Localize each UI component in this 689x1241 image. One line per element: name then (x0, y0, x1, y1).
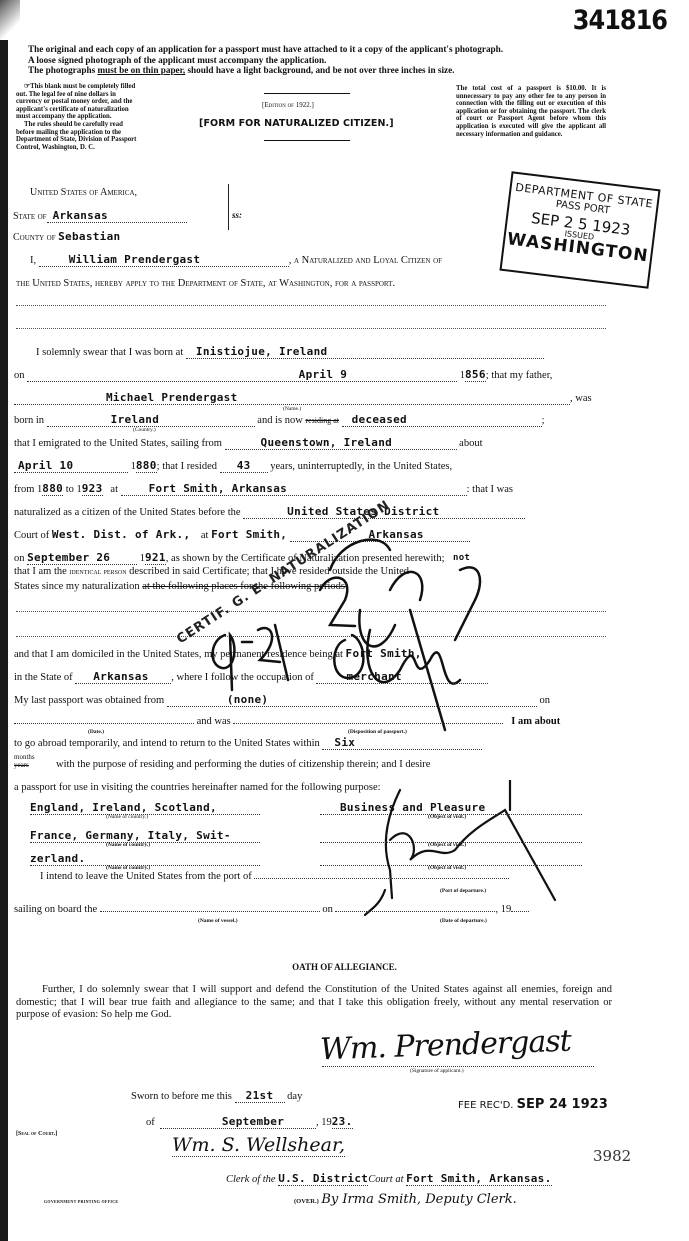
father-name-field[interactable]: Michael Prendergast (14, 391, 570, 405)
on-label: on (14, 553, 25, 564)
naturalization-date-value: September 26 (27, 551, 110, 564)
edition-label: [Edition of 1922.] (262, 101, 314, 109)
oath-body: Further, I do solemnly swear that I will… (16, 984, 612, 1020)
domicile-state-field[interactable]: Arkansas (75, 670, 171, 684)
emigration-port-field[interactable]: Queenstown, Ireland (225, 436, 457, 450)
state-label: State of (13, 211, 47, 222)
and-was-label: and was (197, 716, 231, 727)
birth-date-value: April 9 (299, 368, 347, 381)
leave-label: I intend to leave the United States from… (40, 871, 252, 882)
duration-value: Six (334, 736, 355, 749)
sworn-day-field[interactable]: 21st (235, 1089, 285, 1103)
notice-line-2: A loose signed photograph of the applica… (28, 55, 503, 66)
port-caption: (Port of departure.) (440, 888, 486, 894)
state-field[interactable]: Arkansas (47, 209, 187, 223)
occupation-label: , where I follow the occupation of (171, 672, 314, 683)
oath-title: OATH OF ALLEGIANCE. (0, 962, 689, 972)
months-label: months (14, 753, 35, 761)
months-years-choice: monthsyears (14, 753, 35, 769)
birth-date-field[interactable]: April 9 (27, 368, 457, 382)
state-occupation-line: in the State of Arkansas, where I follow… (14, 670, 488, 684)
sworn-year-value[interactable]: 23. (332, 1115, 353, 1129)
country-value: England, Ireland, Scotland, (30, 801, 217, 814)
sailing-label: sailing on board the (14, 904, 97, 915)
clerk-signature-value: Wm. S. Wellshear, (172, 1134, 345, 1157)
date-caption: (Date.) (88, 729, 104, 735)
object-value: Business and Pleasure (340, 801, 485, 814)
court-state-field[interactable]: Arkansas (290, 528, 470, 542)
signature-caption: (Signature of applicant.) (410, 1068, 464, 1074)
years-value: 43 (237, 459, 251, 472)
scan-corner (0, 0, 20, 40)
birth-label: I solemnly swear that I was born at (36, 347, 183, 358)
applicant-name: William Prendergast (69, 253, 201, 266)
was-label: , was (570, 393, 592, 404)
vessel-field[interactable] (100, 911, 320, 912)
sworn-month-line: of September, 1923. (146, 1115, 353, 1129)
sworn-month-value: September (222, 1115, 284, 1128)
occupation-value: merchant (346, 670, 401, 683)
to-label: to 1 (66, 484, 82, 495)
court-value[interactable]: U.S. District (278, 1172, 368, 1186)
object-field[interactable] (320, 829, 582, 843)
father-name-line: Michael Prendergast, was (14, 391, 592, 405)
domicile-line: and that I am domiciled in the United St… (14, 647, 422, 660)
on-label: on (14, 370, 25, 381)
file-number: 3982 (593, 1147, 631, 1165)
notice-line-1: The original and each copy of an applica… (28, 44, 503, 55)
inserted-not: not (453, 553, 470, 563)
purpose-line: with the purpose of residing and perform… (56, 759, 430, 770)
object-caption: (Object of visit.) (428, 842, 466, 848)
country-caption: (Country.) (133, 427, 156, 433)
court-location-value[interactable]: Fort Smith, Arkansas. (406, 1172, 551, 1186)
father-country-value: Ireland (111, 413, 159, 426)
venue-county: County of Sebastian (13, 230, 120, 243)
form-title: [FORM FOR NATURALIZED CITIZEN.] (199, 118, 394, 129)
passport-use-line: a passport for use in visiting the count… (14, 782, 381, 793)
emigration-date-value: April 10 (18, 459, 73, 472)
to-year-value[interactable]: 923 (82, 482, 103, 496)
court-at-label: Court at (368, 1174, 403, 1185)
country-caption: (Name of country.) (106, 842, 150, 848)
last-passport-line: My last passport was obtained from (none… (14, 693, 550, 707)
venue-country: United States of America, (30, 187, 137, 198)
year-prefix: , 19 (316, 1117, 332, 1128)
last-passport-label: My last passport was obtained from (14, 695, 164, 706)
emigration-date-line: April 10 1880; that I resided 43 years, … (14, 459, 452, 473)
day-label: day (287, 1091, 302, 1102)
abroad-label: to go abroad temporarily, and intend to … (14, 738, 320, 749)
name-caption: (Name.) (283, 406, 301, 412)
sworn-line: Sworn to before me this 21st day (131, 1089, 302, 1103)
occupation-field[interactable]: merchant (316, 670, 488, 684)
born-in-label: born in (14, 415, 44, 426)
departure-date-caption: (Date of departure.) (440, 918, 487, 924)
residence-value: Fort Smith, Arkansas (149, 482, 287, 495)
applicant-suffix: , a Naturalized and Loyal Citizen of (289, 255, 442, 266)
departure-port-field[interactable] (254, 878, 509, 879)
naturalization-date-line: on September 26 1921, as shown by the Ce… (14, 551, 445, 565)
naturalization-line: naturalized as a citizen of the United S… (14, 505, 525, 519)
identical-person: identical person (69, 566, 126, 576)
abroad-line: to go abroad temporarily, and intend to … (14, 736, 482, 750)
sailing-line: sailing on board the on , 19 (14, 904, 529, 915)
left-instructions-para-1: ☞This blank must be completely filled ou… (16, 83, 140, 121)
from-label: from 1 (14, 484, 42, 495)
ss-label: ss: (232, 210, 242, 220)
residence-line: from 1880 to 1923 at Fort Smith, Arkansa… (14, 482, 513, 496)
departure-date-field[interactable] (335, 911, 495, 912)
emigration-line: that I emigrated to the United States, s… (14, 436, 483, 450)
applicant-line: I, William Prendergast, a Naturalized an… (30, 253, 442, 267)
struck-residing: residing at (305, 416, 339, 425)
header-rule-bottom (264, 140, 350, 141)
court-label: Court of (14, 530, 49, 541)
right-instructions-text: The total cost of a passport is $10.00. … (456, 85, 606, 138)
about-label: about (459, 438, 482, 449)
domicile-state-value: Arkansas (93, 670, 148, 683)
fee-label: FEE REC'D. (458, 1100, 513, 1111)
years-field[interactable]: 43 (220, 459, 268, 473)
father-status-field[interactable]: deceased (342, 413, 542, 427)
on-label: on (539, 695, 550, 706)
state-value: Arkansas (53, 209, 108, 222)
birth-year-value[interactable]: 856 (465, 368, 486, 382)
scan-edge (0, 0, 8, 1241)
photo-notice: The original and each copy of an applica… (28, 44, 503, 76)
country-field[interactable]: zerland. (30, 852, 260, 866)
birthplace-field[interactable]: Inistiojue, Ireland (186, 345, 544, 359)
notice-line-3-underlined: must be on thin paper, (97, 65, 185, 75)
country-field[interactable]: England, Ireland, Scotland, (30, 801, 260, 815)
left-instructions-text: This blank must be completely filled out… (16, 83, 135, 120)
at-label: at (201, 530, 209, 541)
emigration-label: that I emigrated to the United States, s… (14, 438, 222, 449)
now-label: and is now (257, 415, 303, 426)
from-year-value[interactable]: 880 (42, 482, 63, 496)
about-label: I am about (511, 716, 560, 727)
object-field[interactable] (320, 852, 582, 866)
fee-date: SEP 24 1923 (517, 1097, 608, 1112)
department-of-state-stamp: DEPARTMENT OF STATE PASS PORT SEP 2 5 19… (499, 171, 660, 289)
identical-line: that I am the identical person described… (14, 566, 409, 577)
domicile-residence-value[interactable]: Fort Smith, (346, 647, 422, 660)
county-label: County of (13, 232, 56, 243)
father-suffix: ; that my father, (486, 370, 553, 381)
father-name-value: Michael Prendergast (106, 391, 238, 404)
departure-year-field[interactable] (511, 911, 529, 912)
state-of-label: in the State of (14, 672, 73, 683)
birthplace-value: Inistiojue, Ireland (196, 345, 328, 358)
identical-text-a: that I am the (14, 566, 67, 577)
since-line: States since my naturalization at the fo… (14, 581, 348, 592)
blank-line (16, 305, 606, 306)
years-struck: years (14, 761, 29, 769)
country-caption: (Name of country.) (106, 814, 148, 820)
naturalization-label: naturalized as a citizen of the United S… (14, 507, 241, 518)
of-label: of (146, 1117, 155, 1128)
naturalization-date-field[interactable]: September 26 (27, 551, 137, 565)
deputy-line: (OVER.) By Irma Smith, Deputy Clerk. (294, 1192, 517, 1207)
father-birth-line: born in Ireland and is now residing at d… (14, 413, 545, 427)
sworn-day-value: 21st (246, 1089, 274, 1102)
court-state-value: Arkansas (368, 528, 423, 541)
last-passport-field[interactable]: (none) (167, 693, 537, 707)
over-label: (OVER.) (294, 1198, 319, 1205)
blank-line (16, 328, 606, 329)
emigration-date-field[interactable]: April 10 (14, 459, 128, 473)
naturalization-year-value[interactable]: 921 (145, 551, 166, 565)
blank-line (16, 636, 606, 637)
on-label: on (322, 904, 333, 915)
applicant-line-2: the United States, hereby apply to the D… (16, 278, 395, 289)
oath-text: Further, I do solemnly swear that I will… (16, 984, 612, 1022)
applicant-prefix: I, (30, 255, 36, 266)
court-city-value[interactable]: Fort Smith, (211, 528, 287, 541)
venue-state: State ofArkansas (13, 209, 187, 223)
last-passport-date-field[interactable] (14, 723, 194, 724)
clerk-signature: Wm. S. Wellshear, (172, 1134, 345, 1157)
birth-line: I solemnly swear that I was born at Inis… (36, 345, 544, 359)
fee-received-stamp: FEE REC'D. SEP 24 1923 (458, 1097, 608, 1112)
header-rule-top (264, 93, 350, 94)
father-country-field[interactable]: Ireland (47, 413, 255, 427)
since-text: States since my naturalization (14, 581, 140, 592)
at-label: at (110, 484, 118, 495)
disposition-caption: (Disposition of passport.) (348, 729, 407, 735)
residence-field[interactable]: Fort Smith, Arkansas (121, 482, 467, 496)
birth-date-line: on April 9 1856; that my father, (14, 368, 552, 382)
venue-brace (228, 184, 229, 230)
resided-label: ; that I resided (157, 461, 217, 472)
sworn-label: Sworn to before me this (131, 1091, 232, 1102)
country-value: France, Germany, Italy, Swit- (30, 829, 231, 842)
left-instructions-para-2: The rules should be carefully read befor… (16, 121, 140, 151)
court-line-2-value[interactable]: West. Dist. of Ark., (52, 528, 190, 541)
notice-line-3-suffix: should have a light background, and be n… (185, 65, 454, 75)
duration-field[interactable]: Six (322, 736, 482, 750)
deputy-signature: By Irma Smith, Deputy Clerk. (321, 1192, 516, 1207)
right-instructions: The total cost of a passport is $10.00. … (456, 85, 606, 138)
court-line: Court of West. Dist. of Ark., at Fort Sm… (14, 528, 470, 542)
notice-line-3: The photographs must be on thin paper, s… (28, 65, 503, 76)
emigration-year-value[interactable]: 880 (136, 459, 157, 473)
country-value: zerland. (30, 852, 85, 865)
left-instructions: ☞This blank must be completely filled ou… (16, 83, 140, 151)
object-caption: (Object of visit.) (428, 814, 466, 820)
years-suffix: years, uninterruptedly, in the United St… (270, 461, 452, 472)
disposition-line: and was I am about (14, 716, 560, 727)
vessel-caption: (Name of vessel.) (198, 918, 238, 924)
sworn-month-field[interactable]: September (160, 1115, 316, 1129)
emigration-port-value: Queenstown, Ireland (261, 436, 393, 449)
year-prefix: , 19 (495, 904, 511, 915)
father-status-value: deceased (352, 413, 407, 426)
county-value[interactable]: Sebastian (58, 230, 120, 243)
applicant-signature: Wm. Prendergast (319, 1024, 571, 1068)
seal-of-court: [Seal of Court.] (16, 1131, 57, 1137)
last-passport-value: (none) (227, 693, 269, 706)
signature-line (322, 1066, 594, 1067)
clerk-line: Clerk of the U.S. DistrictCourt at Fort … (226, 1172, 552, 1186)
printer-imprint: GOVERNMENT PRINTING OFFICE (44, 1199, 118, 1204)
clerk-label: Clerk of the (226, 1174, 276, 1185)
serial-number: 341816 (573, 5, 667, 36)
domicile-label: and that I am domiciled in the United St… (14, 649, 343, 660)
notice-line-3-prefix: The photographs (28, 65, 97, 75)
blank-line (16, 611, 606, 612)
port-line: I intend to leave the United States from… (40, 871, 509, 882)
was-suffix: : that I was (467, 484, 513, 495)
applicant-name-field[interactable]: William Prendergast (39, 253, 289, 267)
country-field[interactable]: France, Germany, Italy, Swit- (30, 829, 260, 843)
disposition-field[interactable] (233, 723, 503, 724)
object-field[interactable]: Business and Pleasure (320, 801, 582, 815)
